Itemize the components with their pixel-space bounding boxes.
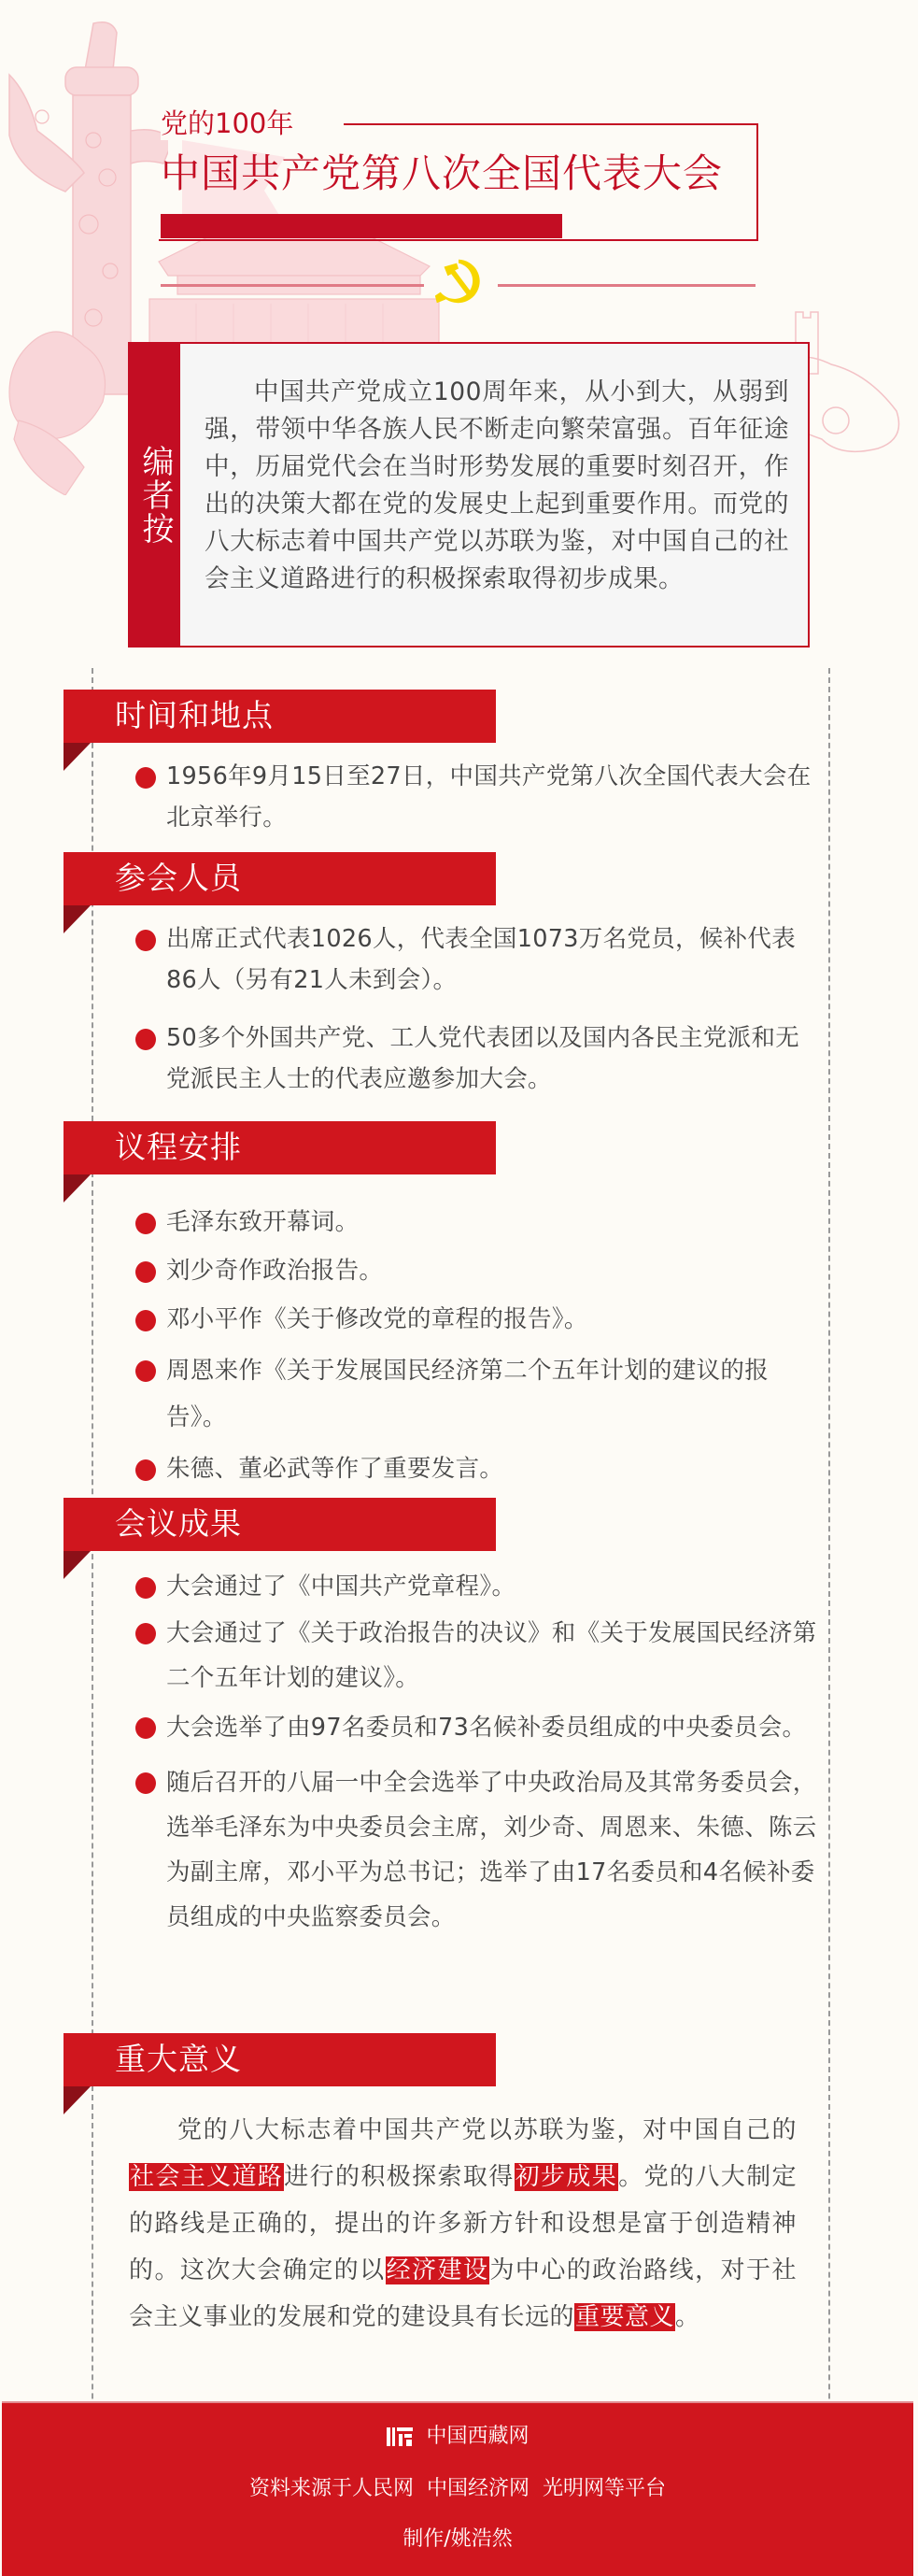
list-item: 周恩来作《关于发展国民经济第二个五年计划的建议的报告》。 <box>135 1347 822 1441</box>
section-title: 时间和地点 <box>115 696 274 735</box>
attendees-list: 出席正式代表1026人，代表全国1073万名党员，候补代表86人（另有21人未到… <box>135 918 822 1100</box>
bullet-icon <box>135 930 156 951</box>
list-item-text: 邓小平作《关于修改党的章程的报告》。 <box>166 1305 588 1333</box>
dashed-border-right <box>828 668 830 2576</box>
editor-note: 编者按 中国共产党成立100周年来，从小到大，从弱到强，带领中华各族人民不断走向… <box>128 342 810 648</box>
list-item-text: 50多个外国共产党、工人党代表团以及国内各民主党派和无党派民主人士的代表应邀参加… <box>166 1024 799 1093</box>
list-item-text: 大会选举了由97名委员和73名候补委员组成的中央委员会。 <box>166 1714 806 1742</box>
highlight-socialist-road: 社会主义道路 <box>129 2163 284 2191</box>
editor-note-label: 编者按 <box>136 445 174 546</box>
dashed-border-left <box>92 668 93 2576</box>
time-place-list: 1956年9月15日至27日，中国共产党第八次全国代表大会在北京举行。 <box>135 756 822 838</box>
bullet-icon <box>135 1623 156 1644</box>
china-tibet-net-logo-icon <box>386 2426 414 2448</box>
list-item: 大会选举了由97名委员和73名候补委员组成的中央委员会。 <box>135 1704 822 1751</box>
section-title: 重大意义 <box>115 2040 242 2079</box>
section-title: 参会人员 <box>115 859 242 898</box>
section-header-outcomes: 会议成果 <box>64 1498 496 1551</box>
list-item-text: 1956年9月15日至27日，中国共产党第八次全国代表大会在北京举行。 <box>166 762 812 832</box>
section-header-significance: 重大意义 <box>64 2033 496 2086</box>
list-item-text: 朱德、董必武等作了重要发言。 <box>166 1455 503 1483</box>
list-item-text: 大会通过了《中国共产党章程》。 <box>166 1573 515 1601</box>
text-segment: 进行的积极探索取得 <box>284 2163 514 2191</box>
highlight-economic-construction: 经济建设 <box>386 2256 490 2284</box>
footer: 中国西藏网 资料来源于人民网 中国经济网 光明网等平台 制作/姚浩然 <box>2 2401 913 2576</box>
section-header-attendees: 参会人员 <box>64 852 496 905</box>
list-item-text: 大会通过了《关于政治报告的决议》和《关于发展国民经济第二个五年计划的建议》。 <box>166 1619 817 1692</box>
bullet-icon <box>135 1310 156 1331</box>
bullet-icon <box>135 1029 156 1050</box>
bullet-icon <box>135 1717 156 1739</box>
editor-note-text: 中国共产党成立100周年来，从小到大，从弱到强，带领中华各族人民不断走向繁荣富强… <box>205 374 789 598</box>
ribbon-fold <box>64 905 91 933</box>
list-item-text: 刘少奇作政治报告。 <box>166 1257 383 1285</box>
bullet-icon <box>135 1360 156 1382</box>
peony-flower-decoration <box>0 308 131 495</box>
list-item: 50多个外国共产党、工人党代表团以及国内各民主党派和无党派民主人士的代表应邀参加… <box>135 1018 822 1100</box>
list-item: 1956年9月15日至27日，中国共产党第八次全国代表大会在北京举行。 <box>135 756 822 838</box>
bullet-icon <box>135 1577 156 1599</box>
section-title: 议程安排 <box>115 1128 242 1167</box>
list-item-text: 出席正式代表1026人，代表全国1073万名党员，候补代表86人（另有21人未到… <box>166 925 796 994</box>
list-item: 朱德、董必武等作了重要发言。 <box>135 1448 822 1489</box>
editor-note-label-bar: 编者按 <box>130 344 180 646</box>
text-segment: 党的八大标志着中国共产党以苏联为鉴，对中国自己的 <box>177 2116 797 2144</box>
page-title: 中国共产党第八次全国代表大会 <box>161 149 723 198</box>
title-accent-bar <box>161 214 562 238</box>
highlight-initial-results: 初步成果 <box>515 2163 619 2191</box>
site-name: 中国西藏网 <box>426 2425 529 2448</box>
hammer-sickle-icon <box>431 254 486 308</box>
agenda-list: 毛泽东致开幕词。 刘少奇作政治报告。 邓小平作《关于修改党的章程的报告》。 周恩… <box>135 1202 822 1489</box>
list-item: 出席正式代表1026人，代表全国1073万名党员，候补代表86人（另有21人未到… <box>135 918 822 1001</box>
bullet-icon <box>135 1213 156 1234</box>
ribbon-fold <box>64 1551 91 1579</box>
highlight-important-significance: 重要意义 <box>574 2303 675 2331</box>
subtitle: 党的100年 <box>161 107 306 140</box>
text-segment: 。 <box>675 2303 700 2331</box>
divider-left <box>161 284 424 287</box>
divider-right <box>498 284 756 287</box>
ribbon-fold <box>64 2086 91 2114</box>
list-item: 大会通过了《关于政治报告的决议》和《关于发展国民经济第二个五年计划的建议》。 <box>135 1611 822 1701</box>
bullet-icon <box>135 1261 156 1283</box>
outcomes-list: 大会通过了《中国共产党章程》。 大会通过了《关于政治报告的决议》和《关于发展国民… <box>135 1566 822 1940</box>
ribbon-fold <box>64 1174 91 1203</box>
bullet-icon <box>135 1772 156 1794</box>
list-item: 大会通过了《中国共产党章程》。 <box>135 1566 822 1607</box>
section-title: 会议成果 <box>115 1504 242 1544</box>
list-item: 毛泽东致开幕词。 <box>135 1202 822 1243</box>
list-item-text: 毛泽东致开幕词。 <box>166 1208 359 1236</box>
significance-paragraph: 党的八大标志着中国共产党以苏联为鉴，对中国自己的社会主义道路进行的积极探索取得初… <box>129 2107 797 2341</box>
site-logo: 中国西藏网 <box>2 2422 913 2452</box>
list-item-text: 周恩来作《关于发展国民经济第二个五年计划的建议的报告》。 <box>166 1357 769 1431</box>
bullet-icon <box>135 1459 156 1481</box>
ribbon-fold <box>64 743 91 771</box>
bullet-icon <box>135 767 156 789</box>
section-header-agenda: 议程安排 <box>64 1121 496 1174</box>
producer-credit: 制作/姚浩然 <box>2 2525 913 2555</box>
list-item: 随后召开的八届一中全会选举了中央政治局及其常务委员会，选举毛泽东为中央委员会主席… <box>135 1760 822 1940</box>
section-header-time-place: 时间和地点 <box>64 690 496 743</box>
list-item: 刘少奇作政治报告。 <box>135 1250 822 1291</box>
source-credit: 资料来源于人民网 中国经济网 光明网等平台 <box>2 2474 913 2504</box>
list-item: 邓小平作《关于修改党的章程的报告》。 <box>135 1299 822 1340</box>
list-item-text: 随后召开的八届一中全会选举了中央政治局及其常务委员会，选举毛泽东为中央委员会主席… <box>166 1769 817 1931</box>
